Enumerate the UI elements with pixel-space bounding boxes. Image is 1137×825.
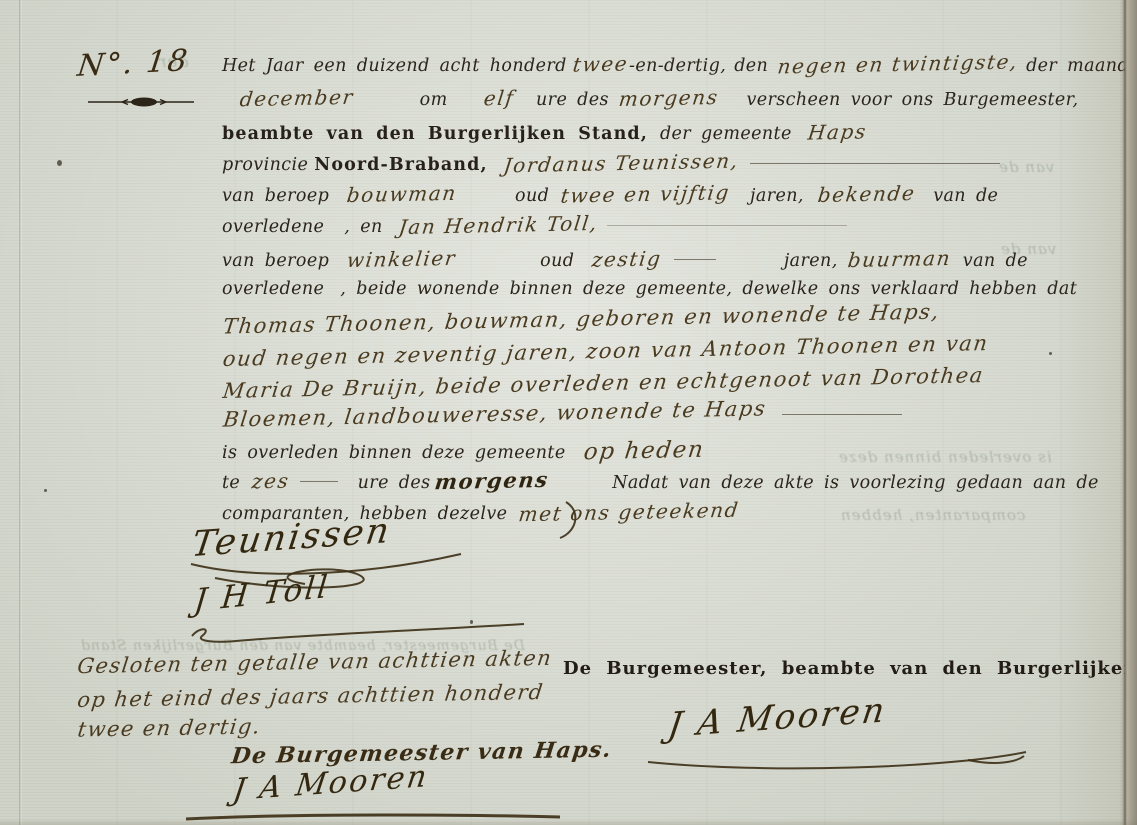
signature-text: J A Mooren bbox=[231, 759, 432, 808]
printed-text: oud bbox=[515, 186, 549, 206]
document-line: van beroepwinkelieroudzestigjaren,buurma… bbox=[222, 247, 1028, 273]
handwritten-text: zes bbox=[251, 469, 292, 495]
blank-fill-rule bbox=[782, 414, 902, 415]
closing-statement-line-3: twee en dertig. bbox=[76, 714, 262, 741]
signature-underline-mooren-right bbox=[638, 740, 1033, 774]
blank-fill-rule bbox=[607, 225, 847, 226]
ink-speck bbox=[44, 489, 47, 492]
document-line: Het Jaar een duizend acht honderdtwee-en… bbox=[222, 52, 1129, 78]
handwritten-text: Jordanus Teunissen, bbox=[502, 149, 740, 179]
signature-witness-toll: J H Toll bbox=[194, 576, 330, 612]
ink-speck bbox=[1049, 352, 1052, 355]
handwritten-text: twee en vijftig bbox=[560, 180, 732, 209]
printed-text: jaren, bbox=[784, 251, 838, 271]
blank-fill-rule bbox=[674, 259, 716, 260]
document-line: Maria De Bruijn, beide overleden en echt… bbox=[224, 370, 983, 396]
printed-text: der gemeente bbox=[660, 124, 792, 144]
act-number: N°. 18 bbox=[75, 43, 191, 84]
document-line: overledene, beide wonende binnen deze ge… bbox=[222, 279, 1077, 301]
paper-fold-line bbox=[19, 0, 22, 825]
printed-text: Het Jaar een duizend acht honderd bbox=[222, 56, 567, 76]
bleedthrough-text: van de bbox=[998, 158, 1054, 176]
signature-text: J A Mooren bbox=[665, 690, 889, 746]
printed-text: verscheen voor ons Burgemeester, bbox=[746, 90, 1078, 110]
printed-text: overledene bbox=[222, 279, 324, 299]
printed-text: den bbox=[734, 56, 768, 76]
blank-fill-rule bbox=[750, 163, 1000, 164]
document-line: beambte van den Burgerlijken Stand,der g… bbox=[222, 120, 867, 146]
act-number-ornament bbox=[86, 94, 198, 110]
document-line: van beroepbouwmanoudtwee en vijftigjaren… bbox=[222, 182, 998, 208]
handwritten-text: zestig bbox=[591, 246, 664, 272]
handwritten-text: morgens bbox=[617, 85, 720, 112]
document-line: tezesure desmorgensNadat van deze akte i… bbox=[222, 468, 1099, 495]
printed-text: van de bbox=[933, 186, 998, 206]
handwritten-text: negen en twintigste, bbox=[776, 49, 1019, 79]
printed-text: overledene bbox=[222, 217, 324, 237]
printed-text: beambte van den Burgerlijken Stand, bbox=[222, 124, 648, 144]
signature-flourish-toll bbox=[186, 620, 531, 646]
handwritten-text: bekende bbox=[816, 181, 917, 208]
handwritten-text: morgens bbox=[433, 467, 550, 496]
blank-fill-rule bbox=[300, 481, 338, 482]
signature-mooren-right: J A Mooren bbox=[668, 698, 887, 738]
paper-bottom-shadow bbox=[0, 819, 1137, 825]
printed-text: , en bbox=[344, 217, 382, 237]
handwritten-text: december bbox=[238, 85, 355, 112]
handwritten-text: elf bbox=[482, 86, 516, 112]
document-line: Bloemen, landbouweresse, wonende te Haps bbox=[224, 401, 902, 427]
document-line: is overleden binnen deze gemeenteop hede… bbox=[222, 437, 704, 466]
printed-text: is overleden binnen deze gemeente bbox=[222, 443, 566, 463]
death-record-document: dervan devan deis overleden binnen dezec… bbox=[0, 0, 1137, 825]
printed-text: jaren, bbox=[750, 186, 804, 206]
document-line: Thomas Thoonen, bouwman, geboren en wone… bbox=[224, 306, 939, 332]
closing-statement-line-2: op het eind des jaars achttien honderd bbox=[76, 680, 545, 712]
document-line: decemberomelfure desmorgensverscheen voo… bbox=[240, 86, 1078, 112]
handwritten-text: buurman bbox=[846, 246, 952, 273]
pen-flourish bbox=[552, 498, 592, 544]
bleedthrough-text: comparanten, hebben bbox=[840, 506, 1025, 524]
ink-speck bbox=[57, 160, 62, 166]
handwritten-text: winkelier bbox=[346, 246, 458, 273]
paper-shading bbox=[1055, 0, 1121, 825]
printed-text: om bbox=[420, 90, 448, 110]
printed-text: van beroep bbox=[222, 186, 329, 206]
document-line: oud negen en zeventig jaren, zoon van An… bbox=[224, 338, 988, 364]
printed-text: provincie bbox=[222, 155, 308, 175]
printed-text: van de bbox=[963, 251, 1028, 271]
printed-text: ure des bbox=[358, 473, 431, 493]
document-line: provincieNoord-Braband,Jordanus Teunisse… bbox=[222, 151, 1000, 177]
bleedthrough-text: is overleden binnen deze bbox=[838, 448, 1052, 466]
document-line: overledene, enJan Hendrik Toll, bbox=[222, 213, 847, 239]
printed-text: van beroep bbox=[222, 251, 329, 271]
official-capacity-statement: De Burgemeester, beambte van den Burgerl… bbox=[563, 658, 1137, 679]
printed-text: -en-dertig, bbox=[629, 56, 726, 76]
printed-text: Noord-Braband, bbox=[314, 155, 487, 175]
printed-text: te bbox=[222, 473, 240, 493]
printed-text: ure des bbox=[536, 90, 609, 110]
handwritten-text: bouwman bbox=[346, 181, 459, 208]
handwritten-text: Jan Hendrik Toll, bbox=[397, 211, 599, 240]
printed-text: oud bbox=[540, 251, 574, 271]
signature-mooren-left: J A Mooren bbox=[233, 766, 429, 801]
handwritten-text: Bloemen, landbouweresse, wonende te Haps bbox=[222, 395, 768, 433]
signature-text: J H Toll bbox=[192, 569, 331, 620]
printed-text: , beide wonende binnen deze gemeente, de… bbox=[340, 279, 1077, 299]
ink-speck bbox=[470, 620, 473, 624]
printed-text: der maand bbox=[1026, 56, 1129, 76]
handwritten-text: twee bbox=[571, 51, 629, 77]
handwritten-text: op heden bbox=[582, 436, 706, 467]
handwritten-text: Haps bbox=[806, 119, 868, 145]
printed-text: Nadat van deze akte is voorlezing gedaan… bbox=[612, 473, 1099, 493]
paper-right-edge bbox=[1120, 0, 1137, 825]
